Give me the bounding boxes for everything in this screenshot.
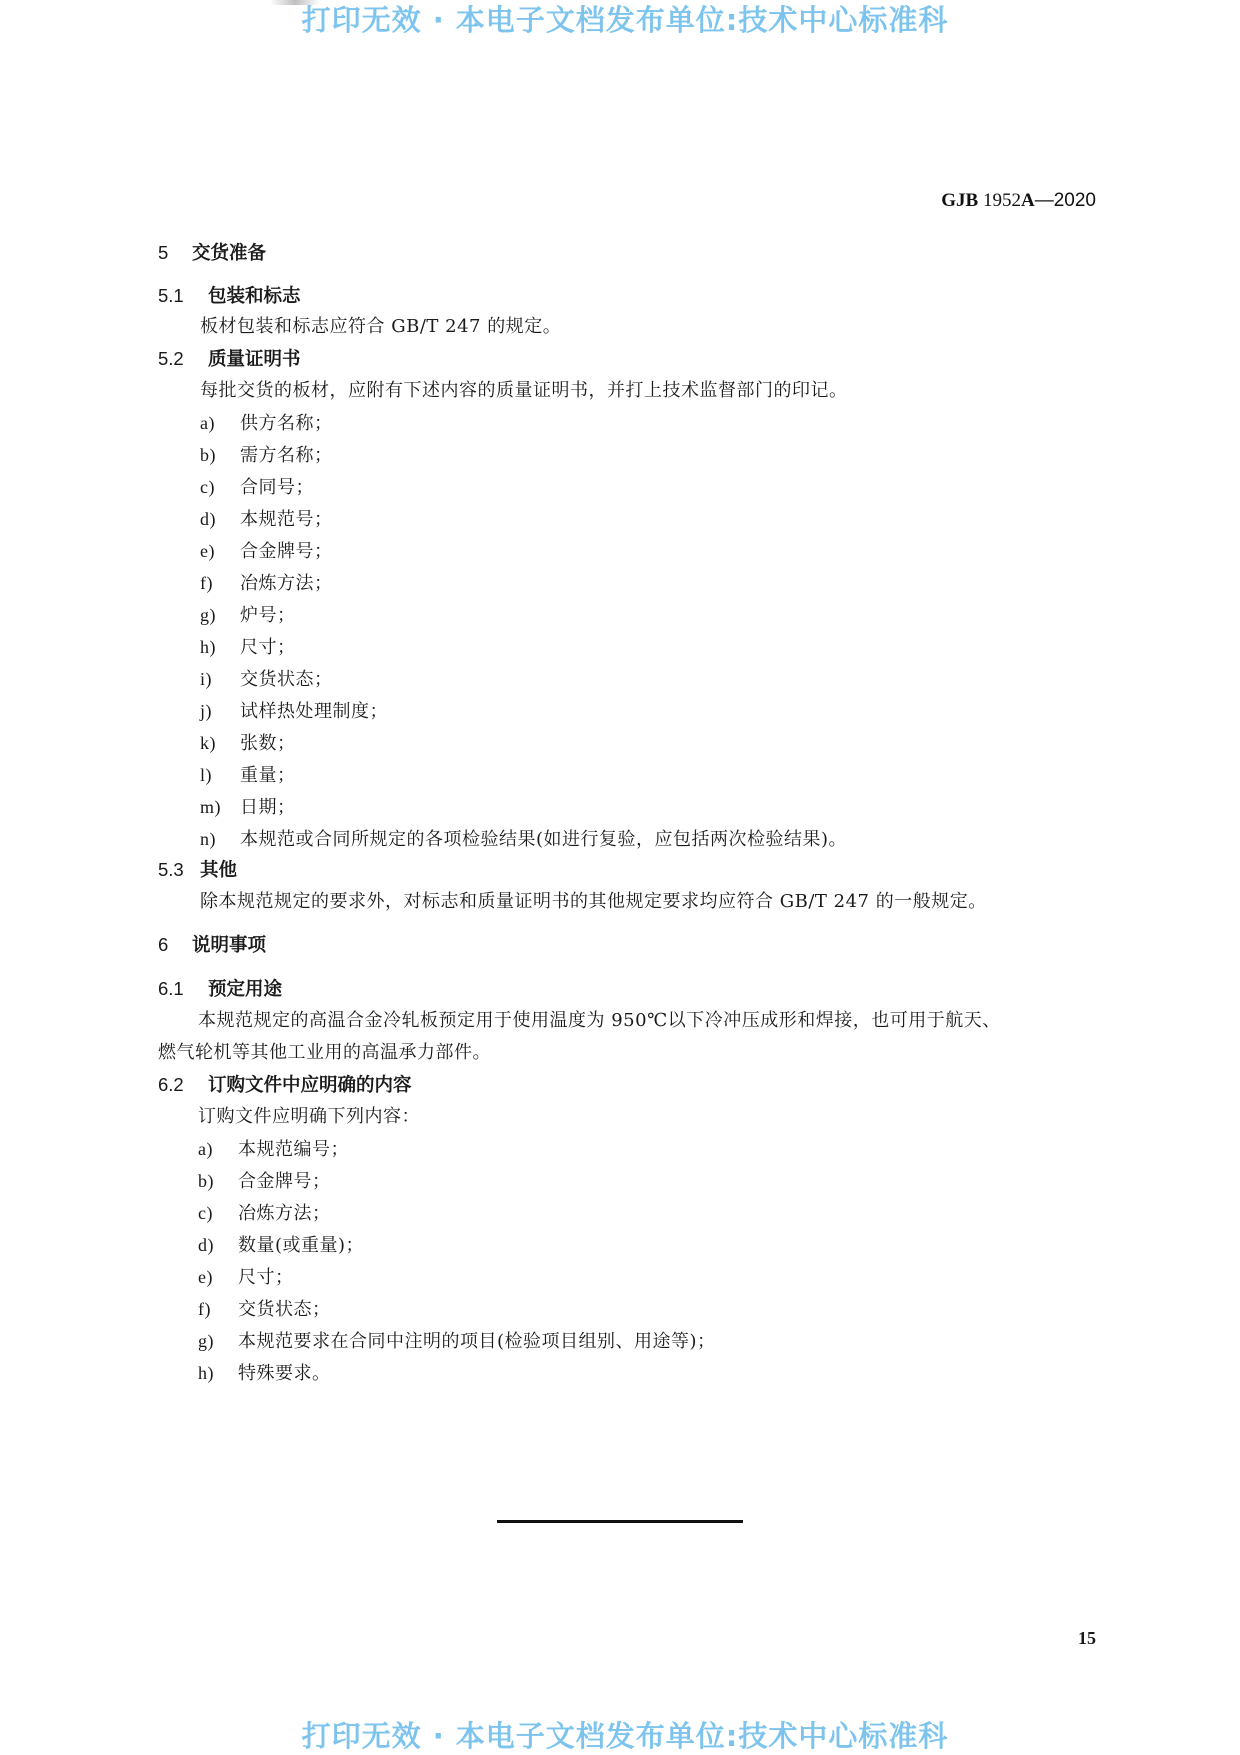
list-item: m)日期；	[200, 794, 296, 821]
standard-code: GJB 1952A—2020	[941, 190, 1096, 212]
list-item: j)试样热处理制度；	[200, 698, 388, 725]
list-label: m)	[200, 794, 240, 820]
list-item: b)合金牌号；	[198, 1168, 331, 1195]
section-number: 6.1	[158, 976, 208, 1002]
list-text: 冶炼方法；	[238, 1203, 331, 1224]
section-title: 质量证明书	[208, 349, 301, 370]
list-item: a)供方名称；	[200, 410, 333, 437]
list-text: 合同号；	[240, 477, 314, 498]
list-label: f)	[200, 570, 240, 596]
list-item: c)冶炼方法；	[198, 1200, 331, 1227]
section-number: 5	[158, 240, 192, 266]
section-number: 6	[158, 932, 192, 958]
watermark-bottom: 打印无效 · 本电子文档发布单位:技术中心标准科	[0, 1718, 1240, 1754]
watermark-top: 打印无效 · 本电子文档发布单位:技术中心标准科	[0, 2, 1240, 38]
list-label: d)	[198, 1232, 238, 1258]
list-label: g)	[200, 602, 240, 628]
section-6-1-body-line2: 燃气轮机等其他工业用的高温承力部件。	[158, 1040, 491, 1066]
section-5-3-heading: 5.3其他	[158, 857, 237, 884]
list-item: n)本规范或合同所规定的各项检验结果(如进行复验，应包括两次检验结果)。	[200, 826, 847, 853]
list-text: 尺寸；	[240, 637, 296, 658]
section-6-1-heading: 6.1预定用途	[158, 976, 282, 1003]
list-label: d)	[200, 506, 240, 532]
list-label: n)	[200, 826, 240, 852]
list-label: c)	[200, 474, 240, 500]
list-text: 冶炼方法；	[240, 573, 333, 594]
list-item: e)合金牌号；	[200, 538, 333, 565]
list-text: 日期；	[240, 797, 296, 818]
list-label: h)	[198, 1360, 238, 1386]
list-text: 交货状态；	[238, 1299, 331, 1320]
section-title: 其他	[200, 860, 237, 881]
list-item: f)冶炼方法；	[200, 570, 333, 597]
section-5-3-body: 除本规范规定的要求外，对标志和质量证明书的其他规定要求均应符合 GB/T 247…	[200, 889, 987, 915]
page-number: 15	[1078, 1628, 1096, 1649]
list-text: 张数；	[240, 733, 296, 754]
list-label: g)	[198, 1328, 238, 1354]
section-5-2-body: 每批交货的板材，应附有下述内容的质量证明书，并打上技术监督部门的印记。	[200, 378, 848, 404]
list-item: d)本规范号；	[200, 506, 333, 533]
list-item: a)本规范编号；	[198, 1136, 349, 1163]
section-title: 包装和标志	[208, 286, 301, 307]
list-item: h)特殊要求。	[198, 1360, 331, 1387]
list-text: 需方名称；	[240, 445, 333, 466]
section-number: 5.2	[158, 346, 208, 372]
list-label: l)	[200, 762, 240, 788]
list-label: e)	[198, 1264, 238, 1290]
list-label: a)	[198, 1136, 238, 1162]
std-year: —2020	[1035, 190, 1096, 211]
list-text: 交货状态；	[240, 669, 333, 690]
list-label: f)	[198, 1296, 238, 1322]
list-item: l)重量；	[200, 762, 296, 789]
list-label: h)	[200, 634, 240, 660]
list-item: d)数量(或重量)；	[198, 1232, 364, 1259]
section-number: 6.2	[158, 1072, 208, 1098]
list-item: c)合同号；	[200, 474, 314, 501]
list-item: i)交货状态；	[200, 666, 333, 693]
section-number: 5.1	[158, 283, 208, 309]
list-label: k)	[200, 730, 240, 756]
list-item: e)尺寸；	[198, 1264, 294, 1291]
list-text: 尺寸；	[238, 1267, 294, 1288]
list-item: g)本规范要求在合同中注明的项目(检验项目组别、用途等)；	[198, 1328, 716, 1355]
list-label: b)	[198, 1168, 238, 1194]
section-title: 订购文件中应明确的内容	[208, 1075, 412, 1096]
section-title: 说明事项	[192, 935, 266, 956]
end-rule	[497, 1520, 743, 1523]
section-5-2-heading: 5.2质量证明书	[158, 346, 301, 373]
list-item: k)张数；	[200, 730, 296, 757]
list-text: 供方名称；	[240, 413, 333, 434]
list-text: 合金牌号；	[240, 541, 333, 562]
list-label: a)	[200, 410, 240, 436]
std-prefix: GJB	[941, 190, 978, 211]
list-label: b)	[200, 442, 240, 468]
section-6-heading: 6说明事项	[158, 932, 266, 959]
list-text: 试样热处理制度；	[240, 701, 388, 722]
section-number: 5.3	[158, 857, 200, 883]
std-suffix: A	[1021, 190, 1035, 211]
section-5-heading: 5交货准备	[158, 240, 266, 267]
section-6-1-body-line1: 本规范规定的高温合金冷轧板预定用于使用温度为 950℃以下冷冲压成形和焊接，也可…	[198, 1008, 1001, 1034]
list-label: j)	[200, 698, 240, 724]
list-label: c)	[198, 1200, 238, 1226]
section-5-1-heading: 5.1包装和标志	[158, 283, 301, 310]
list-item: h)尺寸；	[200, 634, 296, 661]
list-item: g)炉号；	[200, 602, 296, 629]
list-text: 本规范要求在合同中注明的项目(检验项目组别、用途等)；	[238, 1331, 716, 1352]
section-title: 预定用途	[208, 979, 282, 1000]
std-number: 1952	[978, 190, 1021, 211]
section-title: 交货准备	[192, 243, 266, 264]
list-item: b)需方名称；	[200, 442, 333, 469]
list-text: 合金牌号；	[238, 1171, 331, 1192]
section-6-2-heading: 6.2订购文件中应明确的内容	[158, 1072, 412, 1099]
list-text: 本规范或合同所规定的各项检验结果(如进行复验，应包括两次检验结果)。	[240, 829, 847, 850]
section-6-2-body: 订购文件应明确下列内容：	[198, 1104, 420, 1130]
list-label: i)	[200, 666, 240, 692]
list-text: 本规范编号；	[238, 1139, 349, 1160]
list-text: 特殊要求。	[238, 1363, 331, 1384]
list-item: f)交货状态；	[198, 1296, 331, 1323]
section-5-1-body: 板材包装和标志应符合 GB/T 247 的规定。	[200, 314, 561, 340]
list-text: 数量(或重量)；	[238, 1235, 364, 1256]
list-text: 重量；	[240, 765, 296, 786]
list-text: 炉号；	[240, 605, 296, 626]
list-label: e)	[200, 538, 240, 564]
list-text: 本规范号；	[240, 509, 333, 530]
